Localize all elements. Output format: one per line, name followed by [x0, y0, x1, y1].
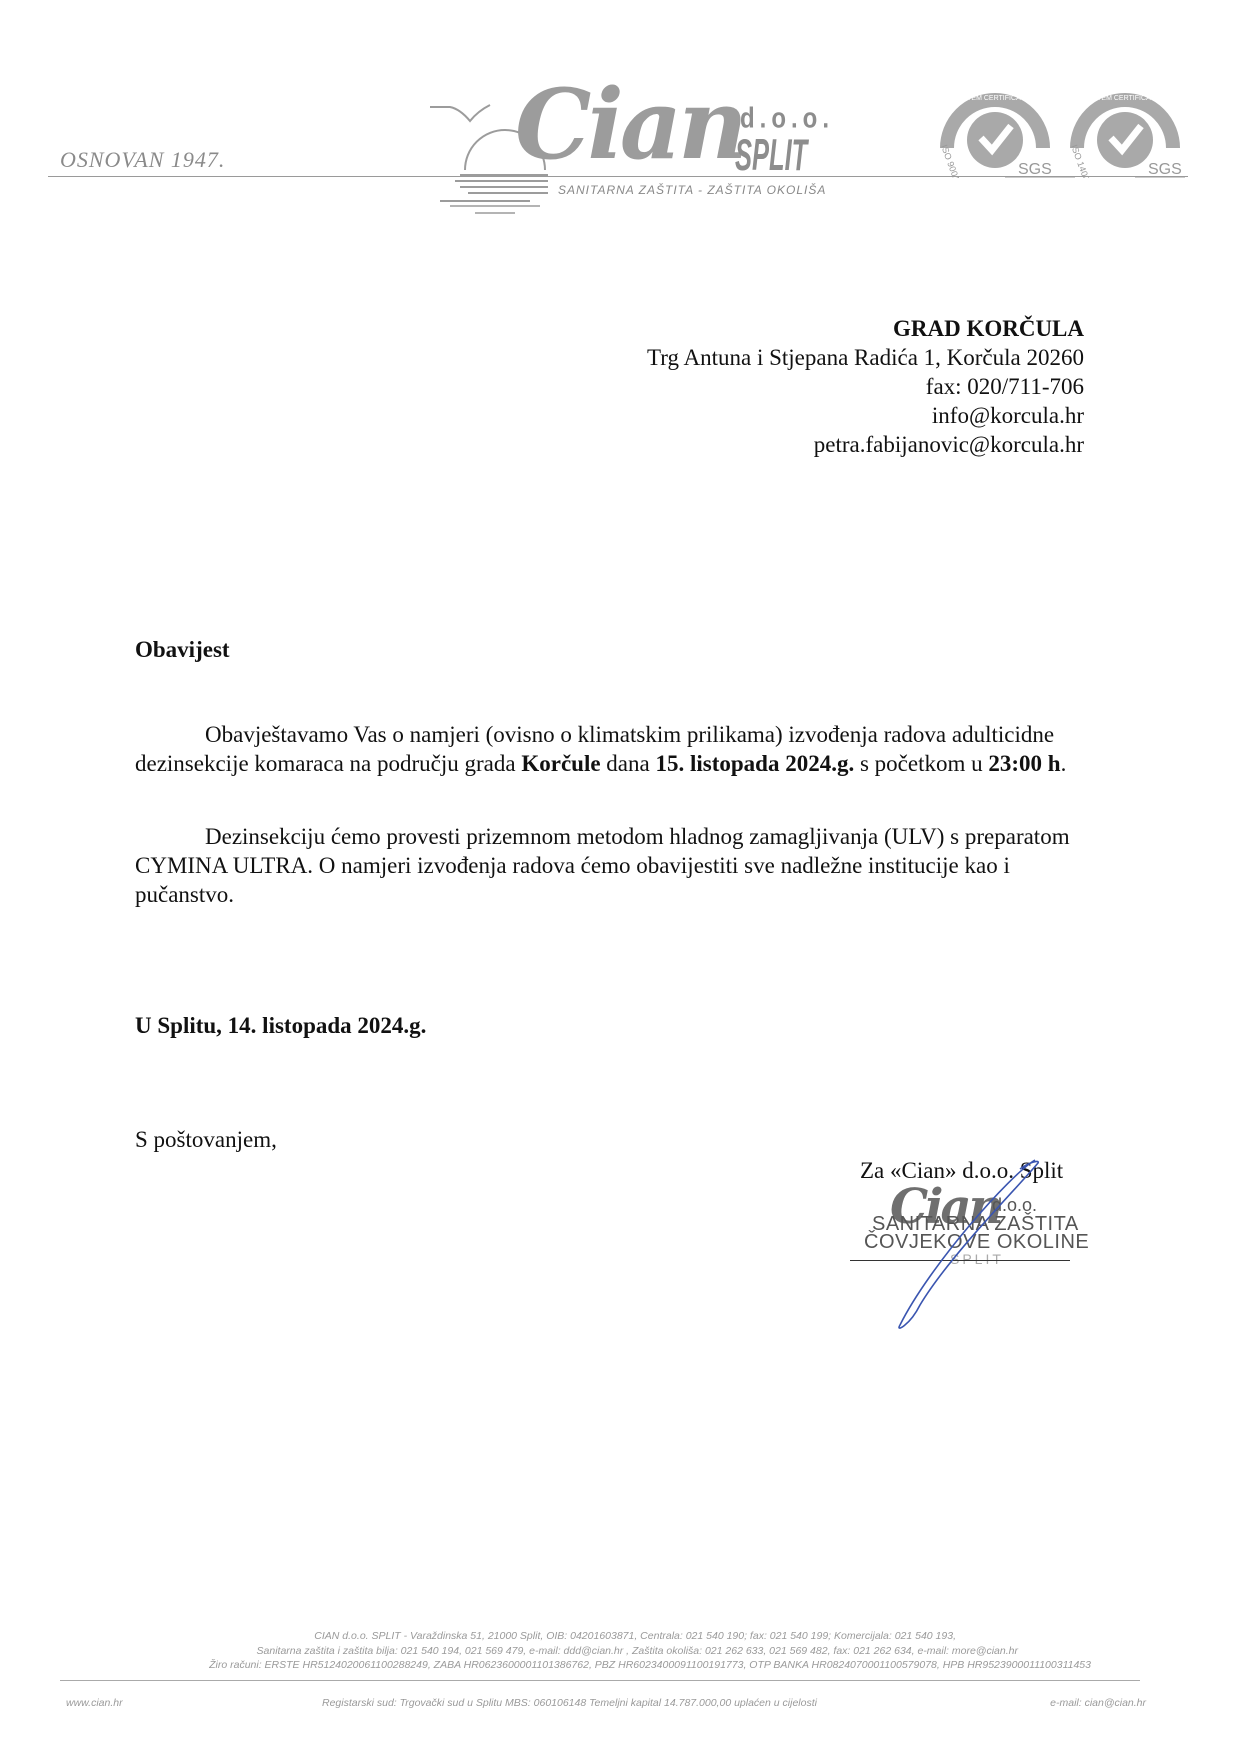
logo-city: SPLIT — [735, 131, 807, 182]
paragraph-text: s početkom u — [854, 751, 988, 776]
time-emphasis: 23:00 h — [988, 751, 1060, 776]
footer-website: www.cian.hr — [66, 1697, 123, 1709]
footer-divider — [60, 1680, 1140, 1681]
recipient-name: GRAD KORČULA — [647, 314, 1084, 343]
svg-text:SYSTEM CERTIFICATION: SYSTEM CERTIFICATION — [953, 95, 1037, 102]
footer-bank-accounts: Žiro računi: ERSTE HR5124020061100288249… — [209, 1659, 1091, 1671]
footer-registry: Registarski sud: Trgovački sud u Splitu … — [322, 1697, 817, 1709]
logo-wordmark: Cian — [515, 77, 744, 173]
handwritten-signature-icon — [850, 1155, 1050, 1335]
recipient-fax: fax: 020/711-706 — [647, 372, 1084, 401]
logo-underline-icon — [450, 203, 540, 215]
iso-9001-certificate-badge: SYSTEM CERTIFICATION ISO 9001 SGS — [925, 78, 1075, 178]
letter-subject: Obavijest — [135, 637, 230, 663]
svg-text:SGS: SGS — [1018, 161, 1052, 178]
iso-14001-certificate-badge: SYSTEM CERTIFICATION ISO 14001 SGS — [1055, 78, 1205, 178]
svg-text:ISO 14001: ISO 14001 — [1069, 143, 1093, 178]
closing-salutation: S poštovanjem, — [135, 1127, 277, 1153]
recipient-block: GRAD KORČULA Trg Antuna i Stjepana Radić… — [647, 314, 1084, 459]
svg-text:SGS: SGS — [1148, 161, 1182, 178]
paragraph-method: Dezinsekciju ćemo provesti prizemnom met… — [135, 822, 1095, 909]
date-emphasis: 15. listopada 2024.g. — [655, 751, 854, 776]
founded-year-text: OSNOVAN 1947. — [60, 147, 225, 173]
footer-departments: Sanitarna zaštita i zaštita bilja: 021 5… — [257, 1645, 1018, 1657]
paragraph-notice: Obavještavamo Vas o namjeri (ovisno o kl… — [135, 720, 1095, 778]
checkmark-seal-icon: SYSTEM CERTIFICATION ISO 9001 SGS — [925, 78, 1075, 178]
svg-text:SYSTEM CERTIFICATION: SYSTEM CERTIFICATION — [1083, 95, 1167, 102]
company-logo: Cian d.o.o. SPLIT SANITARNA ZAŠTITA - ZA… — [430, 85, 830, 205]
recipient-address: Trg Antuna i Stjepana Radića 1, Korčula … — [647, 343, 1084, 372]
checkmark-seal-icon: SYSTEM CERTIFICATION ISO 14001 SGS — [1055, 78, 1205, 178]
location-emphasis: Korčule — [521, 751, 600, 776]
footer-company-info: CIAN d.o.o. SPLIT - Varaždinska 51, 2100… — [314, 1630, 956, 1642]
paragraph-text: Dezinsekciju ćemo provesti prizemnom met… — [135, 824, 1070, 907]
logo-tagline: SANITARNA ZAŠTITA - ZAŠTITA OKOLIŠA — [558, 183, 826, 197]
paragraph-text: dana — [601, 751, 656, 776]
svg-text:ISO 9001: ISO 9001 — [939, 143, 961, 178]
recipient-email-info: info@korcula.hr — [647, 401, 1084, 430]
footer-email: e-mail: cian@cian.hr — [1050, 1697, 1146, 1709]
recipient-email-contact: petra.fabijanovic@korcula.hr — [647, 430, 1084, 459]
paragraph-text: . — [1061, 751, 1067, 776]
date-line: U Splitu, 14. listopada 2024.g. — [135, 1013, 426, 1039]
